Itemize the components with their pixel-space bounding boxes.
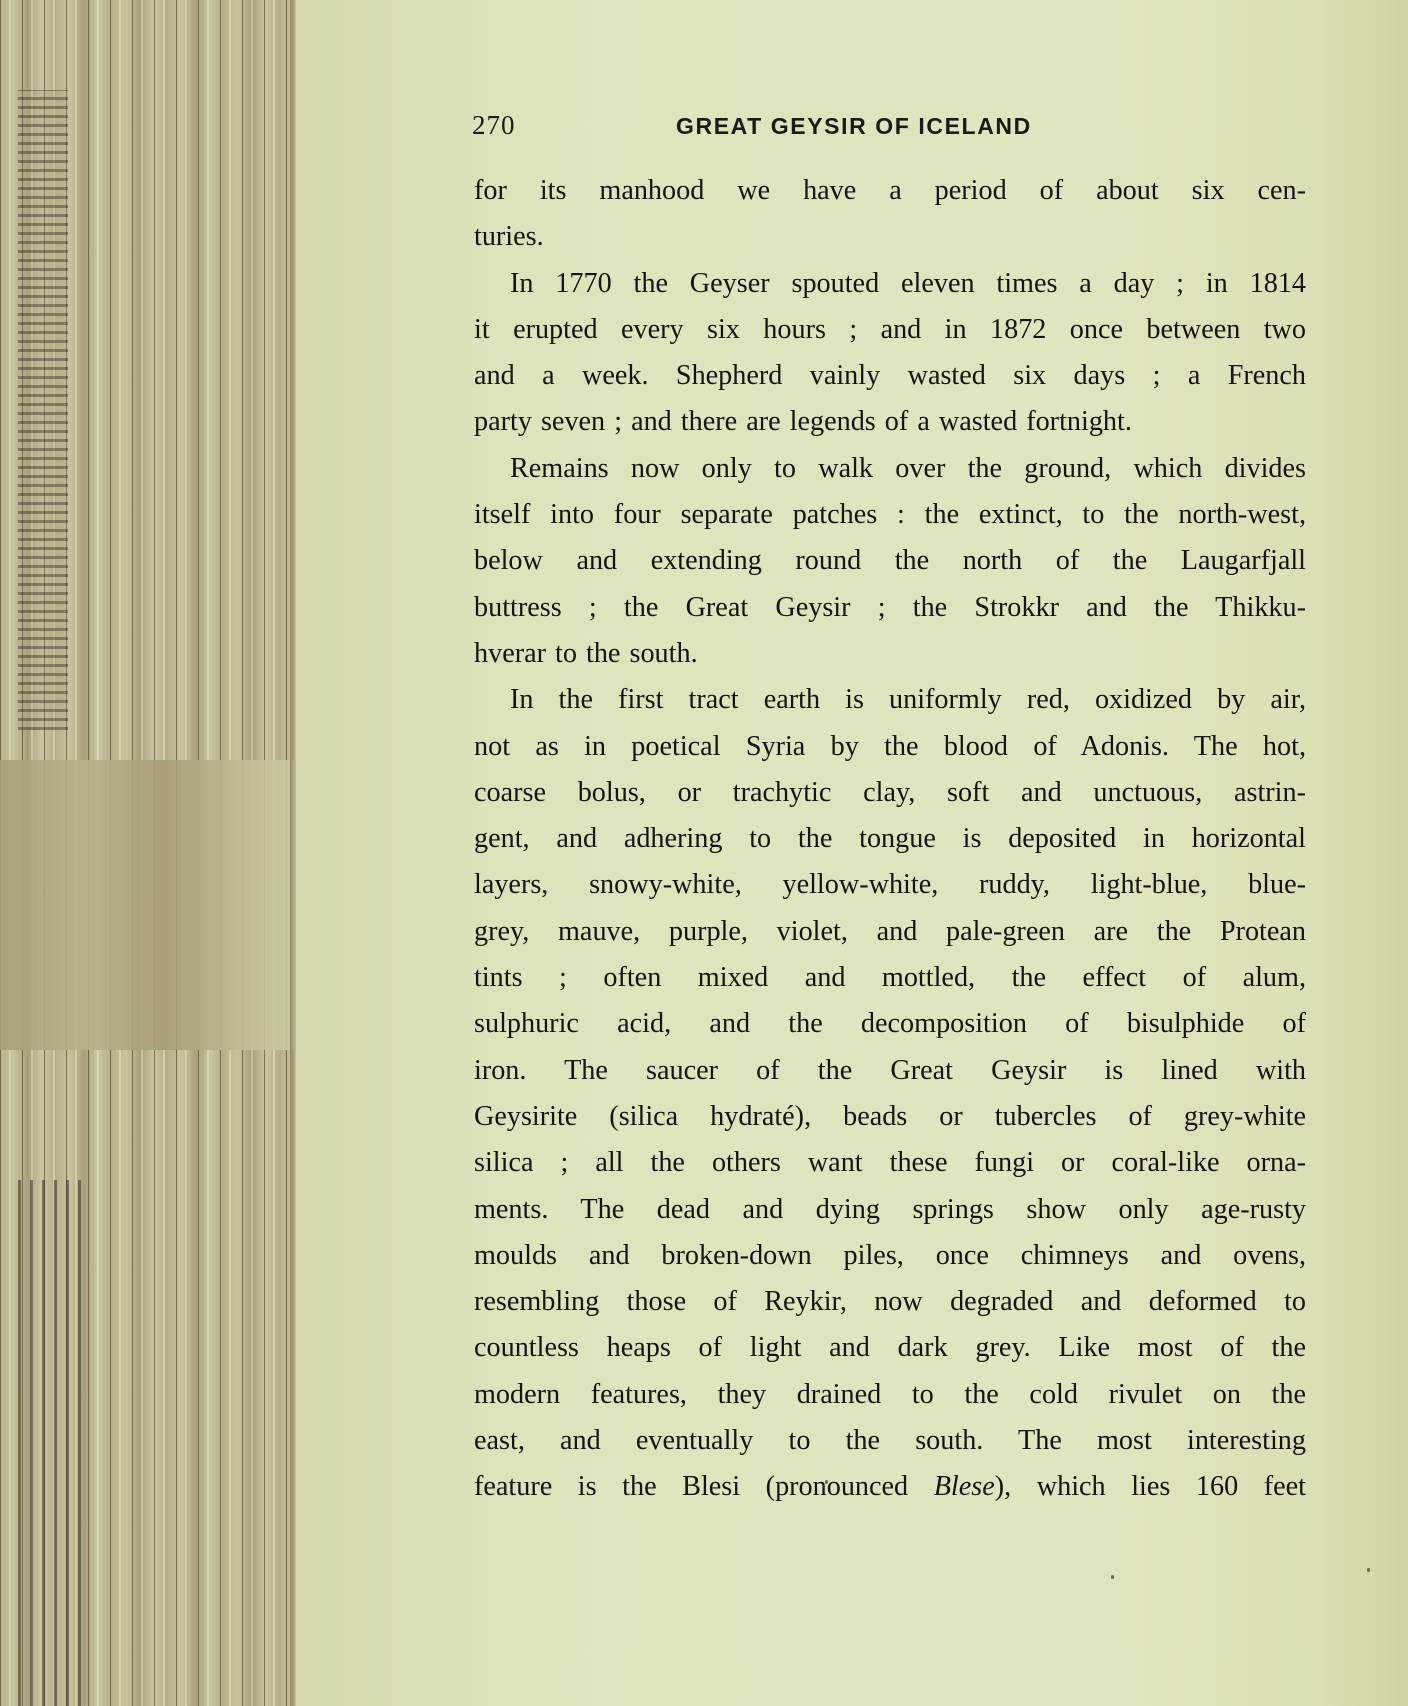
- text-line: In the first tract earth is uniformly re…: [474, 677, 1306, 723]
- text-line: resembling those of Reykir, now degraded…: [474, 1279, 1306, 1325]
- text-line: east, and eventually to the south. The m…: [474, 1418, 1306, 1464]
- text-line: below and extending round the north of t…: [474, 538, 1306, 584]
- running-head: 270 GREAT GEYSIR OF ICELAND: [472, 110, 1402, 150]
- paper-speck: [825, 1480, 828, 1484]
- body-text: for its manhood we have a period of abou…: [474, 168, 1306, 1511]
- text-line: modern features, they drained to the col…: [474, 1372, 1306, 1418]
- text-line: silica ; all the others want these fungi…: [474, 1140, 1306, 1186]
- text-line: hverar to the south.: [474, 631, 1306, 677]
- text-line: party seven ; and there are legends of a…: [474, 399, 1306, 445]
- text-line: layers, snowy-white, yellow-white, ruddy…: [474, 862, 1306, 908]
- text-line: ments. The dead and dying springs show o…: [474, 1187, 1306, 1233]
- text-line: Geysirite (silica hydraté), beads or tub…: [474, 1094, 1306, 1140]
- text-line: and a week. Shepherd vainly wasted six d…: [474, 353, 1306, 399]
- text-line: In 1770 the Geyser spouted eleven times …: [474, 261, 1306, 307]
- italic-term: Blese: [934, 1471, 995, 1502]
- text-line: turies.: [474, 214, 1306, 260]
- text-line: buttress ; the Great Geysir ; the Strokk…: [474, 585, 1306, 631]
- book-page: 270 GREAT GEYSIR OF ICELAND for its manh…: [296, 0, 1408, 1706]
- text-line: gent, and adhering to the tongue is depo…: [474, 816, 1306, 862]
- page-edges-blur: [0, 760, 296, 1050]
- text-line: coarse bolus, or trachytic clay, soft an…: [474, 770, 1306, 816]
- running-title: GREAT GEYSIR OF ICELAND: [676, 113, 1032, 140]
- text-line: tints ; often mixed and mottled, the eff…: [474, 955, 1306, 1001]
- text-line-final: feature is the Blesi (pronounced Blese),…: [474, 1464, 1306, 1510]
- text-line: it erupted every six hours ; and in 1872…: [474, 307, 1306, 353]
- text-fragment: feature is the Blesi (pronounced: [474, 1471, 934, 1502]
- text-line: iron. The saucer of the Great Geysir is …: [474, 1048, 1306, 1094]
- text-line: countless heaps of light and dark grey. …: [474, 1325, 1306, 1371]
- paper-speck: [1367, 1568, 1370, 1572]
- text-line: Remains now only to walk over the ground…: [474, 446, 1306, 492]
- text-line: itself into four separate patches : the …: [474, 492, 1306, 538]
- text-line: sulphuric acid, and the decomposition of…: [474, 1001, 1306, 1047]
- text-line: for its manhood we have a period of abou…: [474, 168, 1306, 214]
- text-fragment: ), which lies 160 feet: [995, 1471, 1306, 1502]
- text-line: not as in poetical Syria by the blood of…: [474, 724, 1306, 770]
- page-number: 270: [472, 110, 516, 141]
- paper-speck: [1111, 1575, 1114, 1579]
- text-line: grey, mauve, purple, violet, and pale-gr…: [474, 909, 1306, 955]
- text-line: moulds and broken-down piles, once chimn…: [474, 1233, 1306, 1279]
